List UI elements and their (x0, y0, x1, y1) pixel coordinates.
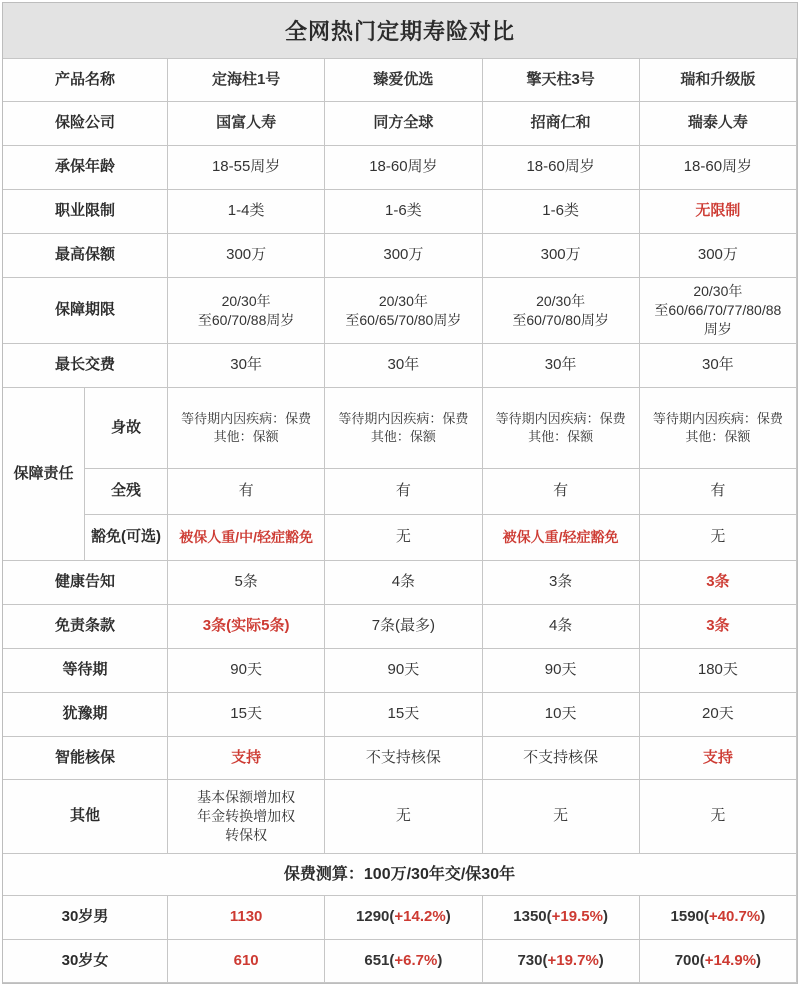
value-cell: 30年 (168, 344, 325, 388)
value-cell: 不支持核保 (483, 737, 640, 780)
price-segment: +19.5% (552, 907, 603, 927)
table-title: 全网热门定期寿险对比 (3, 3, 797, 59)
price-segment: ) (603, 907, 608, 927)
value-cell: 300万 (483, 234, 640, 278)
value-cell: 300万 (640, 234, 797, 278)
premium-price-cell: 610 (168, 940, 325, 983)
price-segment: 651( (364, 951, 394, 971)
premium-price-cell: 700(+14.9%) (640, 940, 797, 983)
value-cell: 20天 (640, 693, 797, 737)
value-cell: 无 (483, 780, 640, 854)
value-cell: 18-60周岁 (483, 146, 640, 190)
value-cell: 招商仁和 (483, 102, 640, 146)
value-cell: 无 (640, 515, 797, 561)
value-cell: 有 (325, 469, 482, 515)
value-cell: 30年 (640, 344, 797, 388)
value-cell: 3条 (483, 561, 640, 605)
value-cell: 基本保额增加权 年金转换增加权 转保权 (168, 780, 325, 854)
value-cell: 擎天柱3号 (483, 59, 640, 102)
value-cell: 有 (168, 469, 325, 515)
row-label-male-30: 30岁男 (3, 896, 168, 940)
price-segment: +14.9% (705, 951, 756, 971)
price-segment: ) (760, 907, 765, 927)
value-cell: 臻爱优选 (325, 59, 482, 102)
value-cell: 4条 (325, 561, 482, 605)
value-cell: 90天 (168, 649, 325, 693)
row-label-occupation: 职业限制 (3, 190, 168, 234)
value-cell: 国富人寿 (168, 102, 325, 146)
value-cell: 30年 (483, 344, 640, 388)
value-cell: 等待期内因疾病：保费 其他：保额 (483, 388, 640, 469)
value-cell: 无 (640, 780, 797, 854)
row-label-coverage-term: 保障期限 (3, 278, 168, 344)
row-label-health-notice: 健康告知 (3, 561, 168, 605)
value-cell: 瑞和升级版 (640, 59, 797, 102)
row-label-liability-group: 保障责任 (3, 388, 85, 561)
row-label-product-name: 产品名称 (3, 59, 168, 102)
price-segment: ) (756, 951, 761, 971)
value-cell: 90天 (325, 649, 482, 693)
premium-price-cell: 1130 (168, 896, 325, 940)
value-cell: 瑞泰人寿 (640, 102, 797, 146)
price-segment: +6.7% (394, 951, 437, 971)
value-cell: 3条 (640, 605, 797, 649)
value-cell: 30年 (325, 344, 482, 388)
row-label-waiting-period: 等待期 (3, 649, 168, 693)
value-cell: 15天 (168, 693, 325, 737)
row-label-hesitation-period: 犹豫期 (3, 693, 168, 737)
value-cell: 支持 (640, 737, 797, 780)
value-cell: 300万 (168, 234, 325, 278)
premium-price-cell: 1590(+40.7%) (640, 896, 797, 940)
row-label-insurer: 保险公司 (3, 102, 168, 146)
price-segment: +40.7% (709, 907, 760, 927)
value-cell: 无 (325, 515, 482, 561)
value-cell: 1-4类 (168, 190, 325, 234)
value-cell: 1-6类 (483, 190, 640, 234)
value-cell: 等待期内因疾病：保费 其他：保额 (640, 388, 797, 469)
premium-price-cell: 651(+6.7%) (325, 940, 482, 983)
value-cell: 4条 (483, 605, 640, 649)
value-cell: 15天 (325, 693, 482, 737)
price-segment: 700( (675, 951, 705, 971)
value-cell: 18-55周岁 (168, 146, 325, 190)
row-label-female-30: 30岁女 (3, 940, 168, 983)
row-label-exclusions: 免责条款 (3, 605, 168, 649)
value-cell: 1-6类 (325, 190, 482, 234)
value-cell: 等待期内因疾病：保费 其他：保额 (168, 388, 325, 469)
value-cell: 被保人重/中/轻症豁免 (168, 515, 325, 561)
value-cell: 20/30年 至60/70/80周岁 (483, 278, 640, 344)
value-cell: 无 (325, 780, 482, 854)
row-label-age: 承保年龄 (3, 146, 168, 190)
value-cell: 300万 (325, 234, 482, 278)
value-cell: 20/30年 至60/65/70/80周岁 (325, 278, 482, 344)
value-cell: 同方全球 (325, 102, 482, 146)
table-grid: 产品名称 定海柱1号 臻爱优选 擎天柱3号 瑞和升级版 保险公司 国富人寿 同方… (3, 59, 797, 983)
price-segment: 730( (517, 951, 547, 971)
sub-row-label-disability: 全残 (85, 469, 168, 515)
premium-banner: 保费测算：100万/30年交/保30年 (3, 854, 797, 896)
sub-row-label-waiver: 豁免(可选) (85, 515, 168, 561)
value-cell: 无限制 (640, 190, 797, 234)
price-segment: ) (446, 907, 451, 927)
sub-row-label-death: 身故 (85, 388, 168, 469)
price-segment: ) (599, 951, 604, 971)
value-cell: 支持 (168, 737, 325, 780)
value-cell: 7条(最多) (325, 605, 482, 649)
value-cell: 90天 (483, 649, 640, 693)
value-cell: 不支持核保 (325, 737, 482, 780)
price-segment: 1590( (671, 907, 709, 927)
value-cell: 3条(实际5条) (168, 605, 325, 649)
price-segment: 1290( (356, 907, 394, 927)
value-cell: 定海柱1号 (168, 59, 325, 102)
row-label-other: 其他 (3, 780, 168, 854)
value-cell: 18-60周岁 (325, 146, 482, 190)
premium-price-cell: 1290(+14.2%) (325, 896, 482, 940)
price-segment: 610 (234, 951, 259, 971)
price-segment: ) (437, 951, 442, 971)
row-label-max-payment: 最长交费 (3, 344, 168, 388)
value-cell: 10天 (483, 693, 640, 737)
row-label-smart-underwriting: 智能核保 (3, 737, 168, 780)
value-cell: 5条 (168, 561, 325, 605)
value-cell: 20/30年 至60/66/70/77/80/88 周岁 (640, 278, 797, 344)
value-cell: 18-60周岁 (640, 146, 797, 190)
price-segment: 1130 (230, 907, 263, 927)
comparison-table: 全网热门定期寿险对比 产品名称 定海柱1号 臻爱优选 擎天柱3号 瑞和升级版 保… (2, 2, 798, 984)
value-cell: 等待期内因疾病：保费 其他：保额 (325, 388, 482, 469)
price-segment: +19.7% (547, 951, 598, 971)
price-segment: 1350( (513, 907, 551, 927)
value-cell: 180天 (640, 649, 797, 693)
row-label-max-coverage: 最高保额 (3, 234, 168, 278)
value-cell: 3条 (640, 561, 797, 605)
value-cell: 有 (483, 469, 640, 515)
value-cell: 20/30年 至60/70/88周岁 (168, 278, 325, 344)
price-segment: +14.2% (394, 907, 445, 927)
premium-price-cell: 730(+19.7%) (483, 940, 640, 983)
value-cell: 有 (640, 469, 797, 515)
premium-price-cell: 1350(+19.5%) (483, 896, 640, 940)
value-cell: 被保人重/轻症豁免 (483, 515, 640, 561)
